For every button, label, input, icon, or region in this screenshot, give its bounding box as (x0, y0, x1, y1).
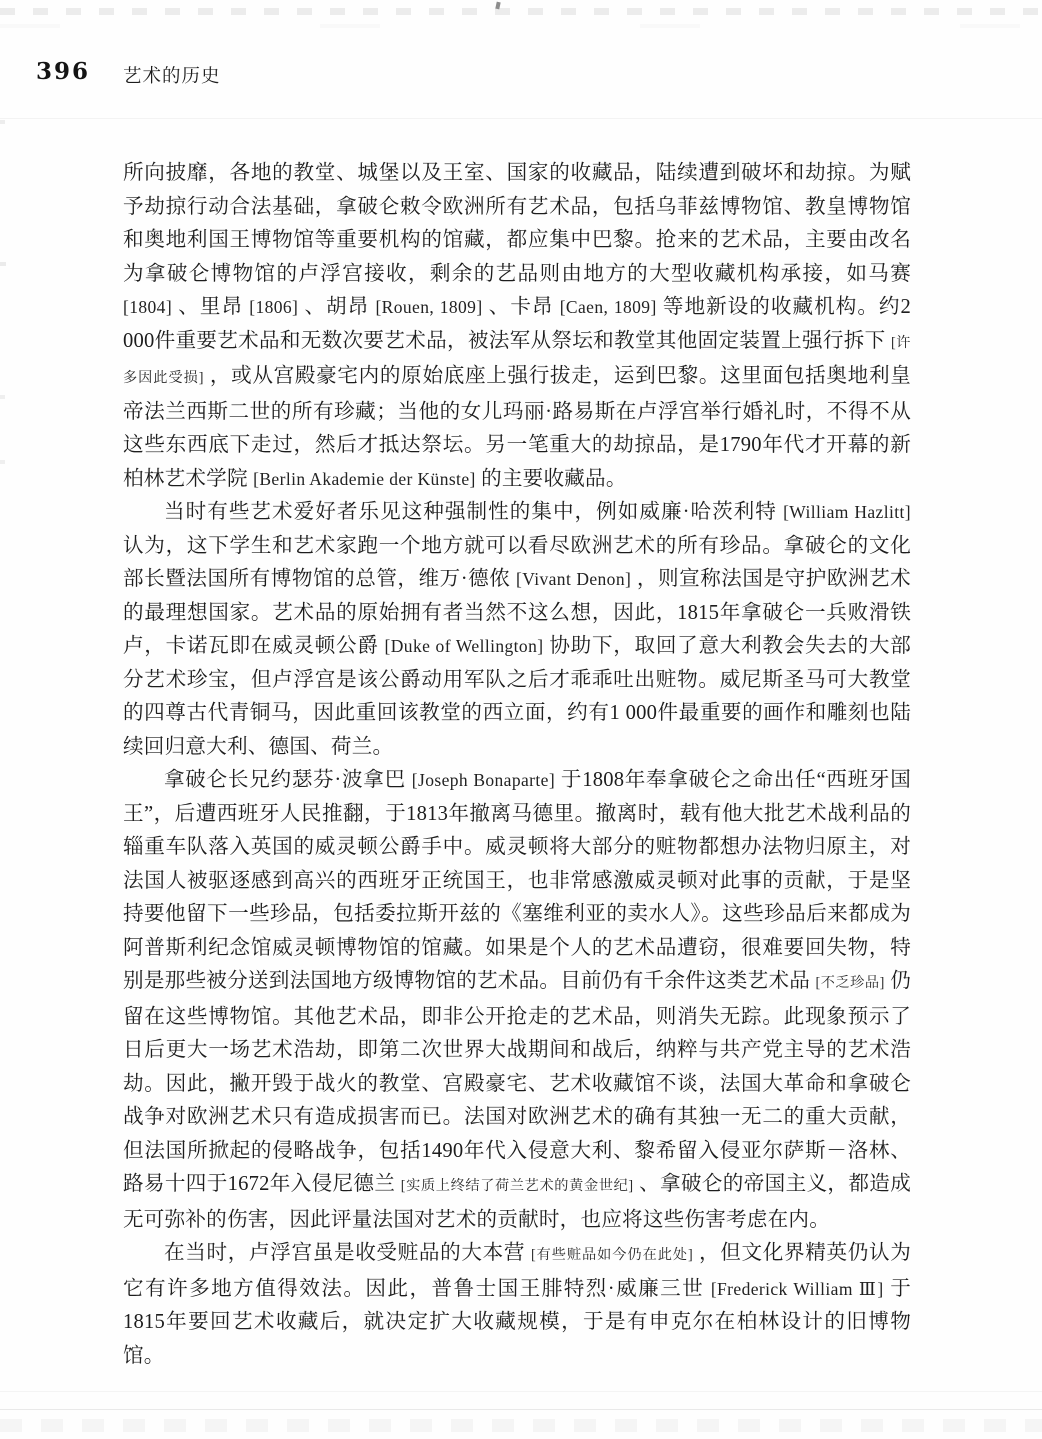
scan-artifact-left-tick (0, 120, 5, 124)
latin-annotation: [Rouen, 1809] (375, 297, 482, 317)
paragraph: 在当时，卢浮宫虽是收受赃品的大本营 [有些赃品如今仍在此处] ，但文化界精英仍认… (123, 1237, 911, 1373)
scan-artifact-left-tick (0, 395, 5, 399)
body-text-run: 所向披靡，各地的教堂、城堡以及王室、国家的收藏品，陆续遭到破坏和劫掠。为赋予劫掠… (123, 162, 911, 285)
body-text-run: 仍留在这些博物馆。其他艺术品，即非公开抢走的艺术品，则消失无踪。此现象预示了日后… (123, 970, 911, 1195)
scan-artifact-header-line (0, 118, 1042, 119)
book-page: 396 艺术的历史 所向披靡，各地的教堂、城堡以及王室、国家的收藏品，陆续遭到破… (0, 0, 1042, 1439)
latin-annotation: [William Hazlitt] (783, 502, 911, 522)
body-text-run: 拿破仑长兄约瑟芬·波拿巴 (164, 769, 412, 791)
paragraph: 拿破仑长兄约瑟芬·波拿巴 [Joseph Bonaparte] 于1808年奉拿… (123, 764, 911, 1237)
inline-note: [实质上终结了荷兰艺术的黄金世纪] (401, 1178, 634, 1194)
scan-artifact-top-tick (495, 2, 500, 10)
scan-artifact-top-dashes (0, 8, 1042, 15)
inline-note: [有些赃品如今仍在此处] (531, 1247, 693, 1263)
running-title: 艺术的历史 (123, 62, 221, 88)
latin-annotation: [Caen, 1809] (560, 297, 657, 317)
body-text-run: 于1808年奉拿破仑之命出任“西班牙国王”，后遭西班牙人民推翻，于1813年撤离… (123, 769, 911, 992)
latin-annotation: [1806] (249, 297, 298, 317)
body-text-run: 的主要收藏品。 (476, 468, 627, 490)
inline-note: [不乏珍品] (815, 975, 884, 991)
latin-annotation: [Duke of Wellington] (385, 636, 544, 656)
body-text-run: 、卡昂 (483, 296, 560, 318)
page-number: 396 (36, 58, 90, 85)
body-text-run: 当时有些艺术爱好者乐见这种强制性的集中，例如威廉·哈茨利特 (164, 501, 783, 523)
body-text-column: 所向披靡，各地的教堂、城堡以及王室、国家的收藏品，陆续遭到破坏和劫掠。为赋予劫掠… (123, 157, 911, 1373)
paragraph: 所向披靡，各地的教堂、城堡以及王室、国家的收藏品，陆续遭到破坏和劫掠。为赋予劫掠… (123, 157, 911, 496)
scan-artifact-left-tick (0, 460, 5, 464)
latin-annotation: [Berlin Akademie der Künste] (253, 469, 476, 489)
body-text-run: 在当时，卢浮宫虽是收受赃品的大本营 (164, 1242, 531, 1264)
body-text-run: 、里昂 (172, 296, 249, 318)
latin-annotation: [Frederick William Ⅲ] (711, 1279, 884, 1299)
latin-annotation: [Vivant Denon] (516, 569, 631, 589)
scan-artifact-left-tick (0, 262, 6, 266)
scan-artifact-bottom-dashes (0, 1419, 1042, 1432)
scan-artifact-bottom-line (0, 1409, 1042, 1410)
latin-annotation: [Joseph Bonaparte] (412, 770, 555, 790)
scan-artifact-top-faint-line (0, 24, 1042, 28)
paragraph: 当时有些艺术爱好者乐见这种强制性的集中，例如威廉·哈茨利特 [William H… (123, 496, 911, 764)
scan-artifact-bottom-line (0, 1391, 1042, 1392)
latin-annotation: [1804] (123, 297, 172, 317)
body-text-run: 、胡昂 (298, 296, 375, 318)
